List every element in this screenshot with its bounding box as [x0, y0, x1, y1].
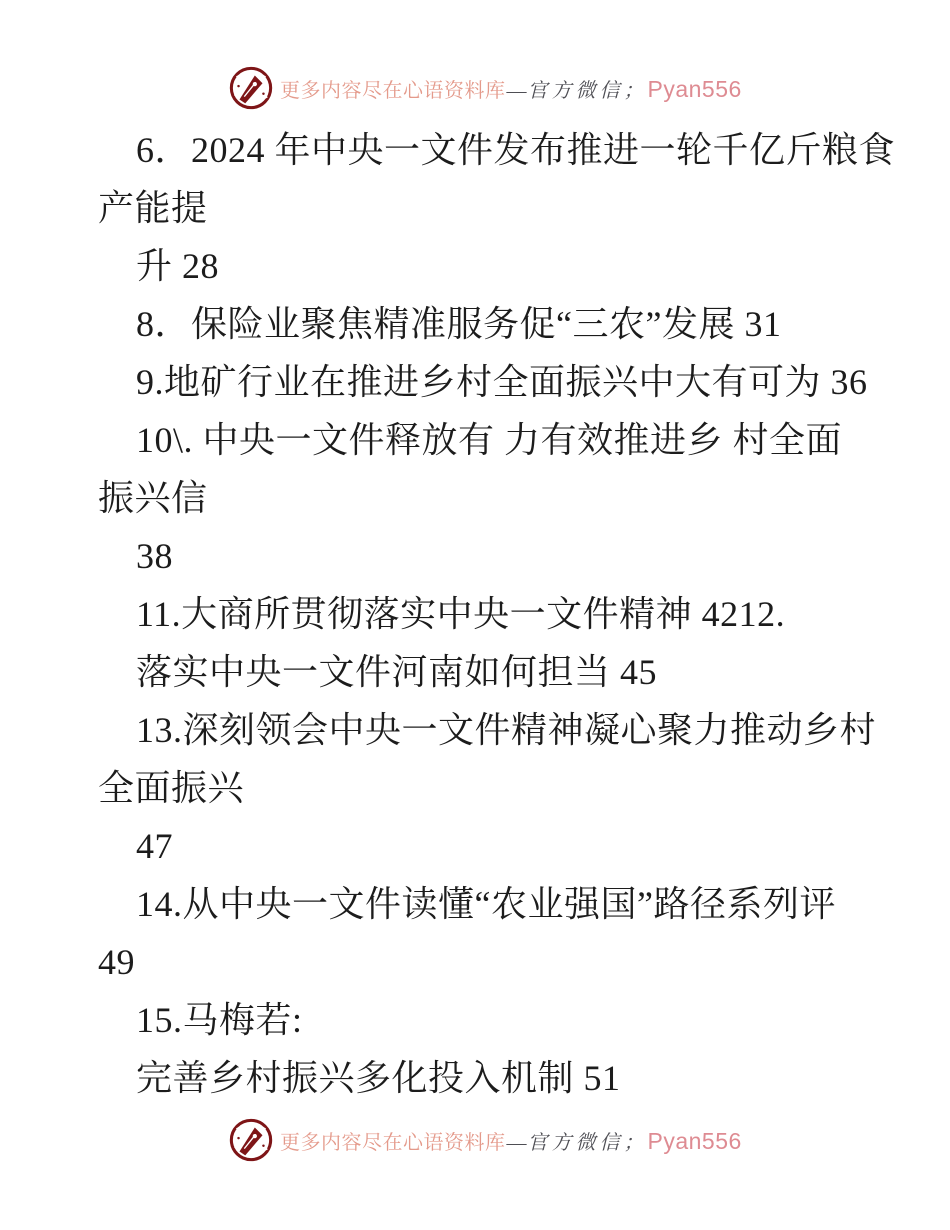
- toc-line: 47: [98, 817, 910, 875]
- toc-line: 38: [98, 527, 910, 585]
- banner-brand-text: 更多内容尽在心语资料库: [280, 1126, 506, 1155]
- banner-text: 更多内容尽在心语资料库 — 官方微信； Pyan556: [280, 74, 742, 103]
- toc-line: 全面振兴: [98, 759, 910, 817]
- toc-line: 15.马梅若:: [98, 991, 910, 1049]
- footer-banner: 更多内容尽在心语资料库 — 官方微信； Pyan556: [228, 1116, 742, 1164]
- banner-text: 更多内容尽在心语资料库 — 官方微信； Pyan556: [280, 1126, 742, 1155]
- banner-wechat-label: 官方微信；: [528, 74, 648, 103]
- pen-nib-logo-icon: [228, 65, 274, 111]
- banner-wechat-label: 官方微信；: [528, 1126, 648, 1155]
- toc-line: 8．保险业聚焦精准服务促“三农”发展 31: [98, 295, 910, 353]
- toc-line: 9.地矿行业在推进乡村全面振兴中大有可为 36: [98, 353, 910, 411]
- toc-line: 11.大商所贯彻落实中央一文件精神 4212.: [98, 585, 910, 643]
- banner-brand-text: 更多内容尽在心语资料库: [280, 74, 506, 103]
- toc-line: 13.深刻领会中央一文件精神凝心聚力推动乡村: [98, 701, 910, 759]
- banner-dash: —: [507, 80, 527, 103]
- toc-line: 落实中央一文件河南如何担当 45: [98, 643, 910, 701]
- toc-line: 10\. 中央一文件释放有 力有效推进乡 村全面: [98, 411, 910, 469]
- banner-wechat-id: Pyan556: [648, 76, 742, 103]
- header-banner: 更多内容尽在心语资料库 — 官方微信； Pyan556: [228, 64, 742, 112]
- pen-nib-logo-icon: [228, 1117, 274, 1163]
- banner-dash: —: [507, 1132, 527, 1155]
- toc-line: 6．2024 年中央一文件发布推进一轮千亿斤粮食: [98, 121, 910, 179]
- toc-line: 升 28: [98, 237, 910, 295]
- toc-list: 6．2024 年中央一文件发布推进一轮千亿斤粮食产能提升 288．保险业聚焦精准…: [98, 121, 910, 1107]
- toc-line: 49: [98, 933, 910, 991]
- banner-wechat-id: Pyan556: [648, 1128, 742, 1155]
- toc-line: 14.从中央一文件读懂“农业强国”路径系列评: [98, 875, 910, 933]
- toc-line: 产能提: [98, 179, 910, 237]
- toc-line: 完善乡村振兴多化投入机制 51: [98, 1049, 910, 1107]
- toc-line: 振兴信: [98, 469, 910, 527]
